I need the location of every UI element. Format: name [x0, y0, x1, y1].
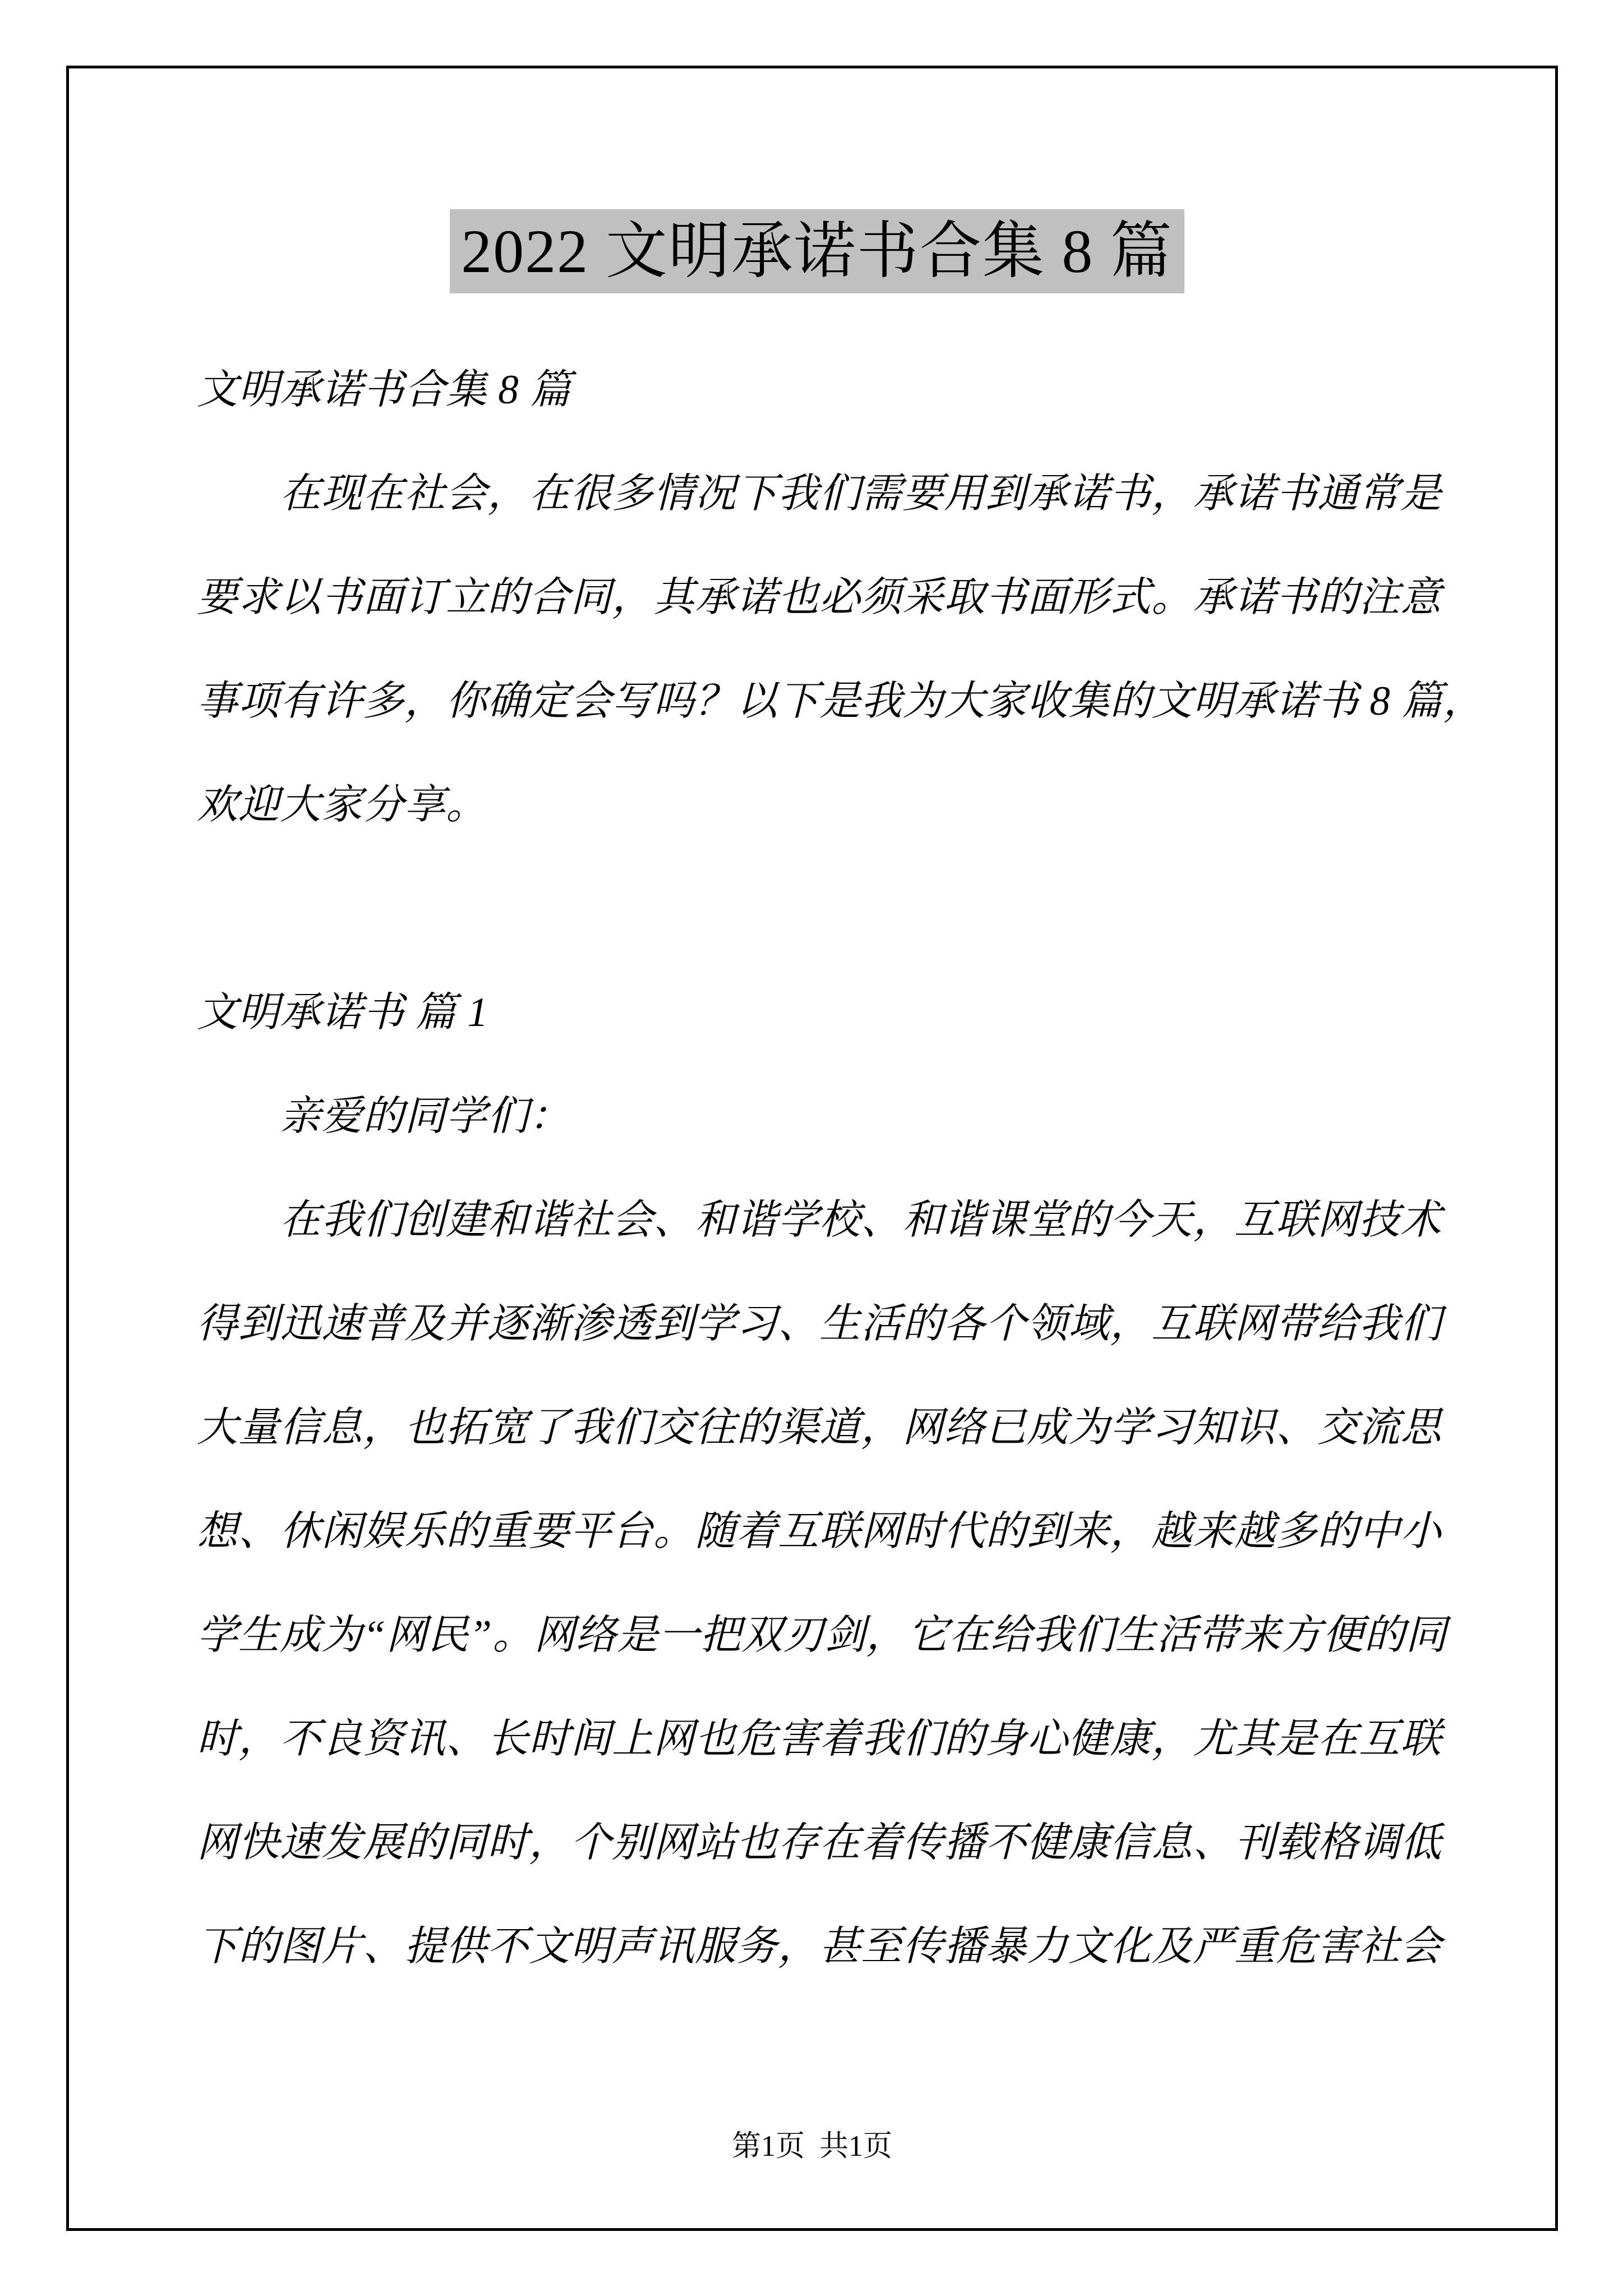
document-body: 文明承诺书合集 8 篇在现在社会，在很多情况下我们需要用到承诺书，承诺书通常是要…	[197, 338, 1437, 1998]
document-title-highlight: 2022 文明承诺书合集 8 篇	[450, 209, 1184, 293]
text-line: 文明承诺书合集 8 篇	[197, 338, 1437, 441]
text-line: 事项有许多，你确定会写吗？以下是我为大家收集的文明承诺书 8 篇，	[197, 649, 1437, 753]
text-line: 网快速发展的同时，个别网站也存在着传播不健康信息、刊载格调低	[197, 1791, 1437, 1894]
paragraph-piece-1-body: 在我们创建和谐社会、和谐学校、和谐课堂的今天，互联网技术得到迅速普及并逐渐渗透到…	[197, 1168, 1437, 1998]
page-content: 2022 文明承诺书合集 8 篇 文明承诺书合集 8 篇在现在社会，在很多情况下…	[69, 68, 1555, 2228]
text-line: 亲爱的同学们：	[197, 1064, 1437, 1168]
paragraph-salutation: 亲爱的同学们：	[197, 1064, 1437, 1168]
page-border: 2022 文明承诺书合集 8 篇 文明承诺书合集 8 篇在现在社会，在很多情况下…	[66, 66, 1558, 2231]
text-line: 在我们创建和谐社会、和谐学校、和谐课堂的今天，互联网技术	[197, 1168, 1437, 1272]
page-number-text: 第1页 共1页	[732, 2131, 892, 2162]
text-line: 大量信息，也拓宽了我们交往的渠道，网络已成为学习知识、交流思	[197, 1375, 1437, 1479]
text-line: 想、休闲娱乐的重要平台。随着互联网时代的到来，越来越多的中小	[197, 1479, 1437, 1583]
text-line: 要求以书面订立的合同，其承诺也必须采取书面形式。承诺书的注意	[197, 545, 1437, 649]
text-line: 下的图片、提供不文明声讯服务，甚至传播暴力文化及严重危害社会	[197, 1894, 1437, 1998]
paragraph-piece-1-heading: 文明承诺书 篇 1	[197, 960, 1437, 1064]
text-line: 在现在社会，在很多情况下我们需要用到承诺书，承诺书通常是	[197, 441, 1437, 545]
text-line: 得到迅速普及并逐渐渗透到学习、生活的各个领域，互联网带给我们	[197, 1272, 1437, 1375]
document-title: 2022 文明承诺书合集 8 篇	[197, 215, 1437, 288]
text-line: 文明承诺书 篇 1	[197, 960, 1437, 1064]
page-footer: 第1页 共1页	[69, 2122, 1555, 2172]
paragraph-intro: 在现在社会，在很多情况下我们需要用到承诺书，承诺书通常是要求以书面订立的合同，其…	[197, 441, 1437, 857]
text-line: 欢迎大家分享。	[197, 753, 1437, 857]
text-line: 学生成为“网民”。网络是一把双刃剑，它在给我们生活带来方便的同	[197, 1583, 1437, 1687]
text-line: 时，不良资讯、长时间上网也危害着我们的身心健康，尤其是在互联	[197, 1687, 1437, 1791]
paragraph-collection-heading: 文明承诺书合集 8 篇	[197, 338, 1437, 441]
